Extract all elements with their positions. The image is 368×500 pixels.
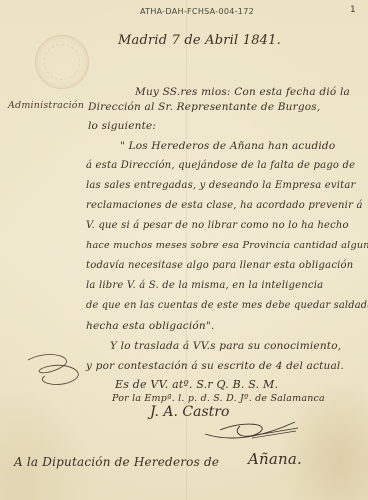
body-line: y por contestación á su escrito de 4 del… — [86, 360, 344, 372]
body-line: Muy SS.res mios: Con esta fecha dió la — [135, 86, 350, 98]
body-line: " Los Herederos de Añana han acudido — [120, 140, 335, 152]
closing-line: Es de VV. atº. S.r Q. B. S. M. — [115, 378, 278, 391]
signature-flourish-icon — [200, 412, 300, 440]
body-line: V. que si á pesar de no librar como no l… — [86, 220, 349, 231]
body-line: las sales entregadas, y deseando la Empr… — [86, 180, 356, 191]
body-line: de que en las cuentas de este mes debe q… — [86, 300, 368, 311]
addressee-line: A la Diputación de Herederos de — [14, 455, 219, 469]
body-line: á esta Dirección, quejándose de la falta… — [86, 160, 355, 171]
body-line: la libre V. á S. de la misma, en la inte… — [86, 280, 323, 291]
signatory-line: Por la Empª. l. p. d. S. D. Jº. de Salam… — [112, 393, 325, 404]
body-line: hace muchos meses sobre esa Provincia ca… — [86, 240, 368, 251]
rubric-flourish-icon — [20, 348, 100, 388]
date-line: Madrid 7 de Abril 1841. — [118, 33, 281, 48]
addressee-place: Añana. — [248, 450, 302, 468]
body-line: Dirección al Sr. Representante de Burgos… — [88, 101, 320, 113]
body-line: todavía necesitase algo para llenar esta… — [86, 260, 353, 271]
margin-note: Administración — [8, 100, 84, 111]
body-line: reclamaciones de esta clase, ha acordado… — [86, 200, 363, 211]
body-line: hecha esta obligación". — [86, 320, 214, 332]
manuscript-page: ATHA-DAH-FCHSA-004-172 1 Madrid 7 de Abr… — [0, 0, 368, 500]
archive-reference: ATHA-DAH-FCHSA-004-172 — [140, 7, 254, 16]
body-line: Y lo traslada á VV.s para su conocimient… — [110, 340, 341, 352]
body-line: lo siguiente: — [88, 120, 156, 132]
embossed-seal-icon — [35, 35, 89, 89]
page-number: 1 — [350, 5, 356, 15]
